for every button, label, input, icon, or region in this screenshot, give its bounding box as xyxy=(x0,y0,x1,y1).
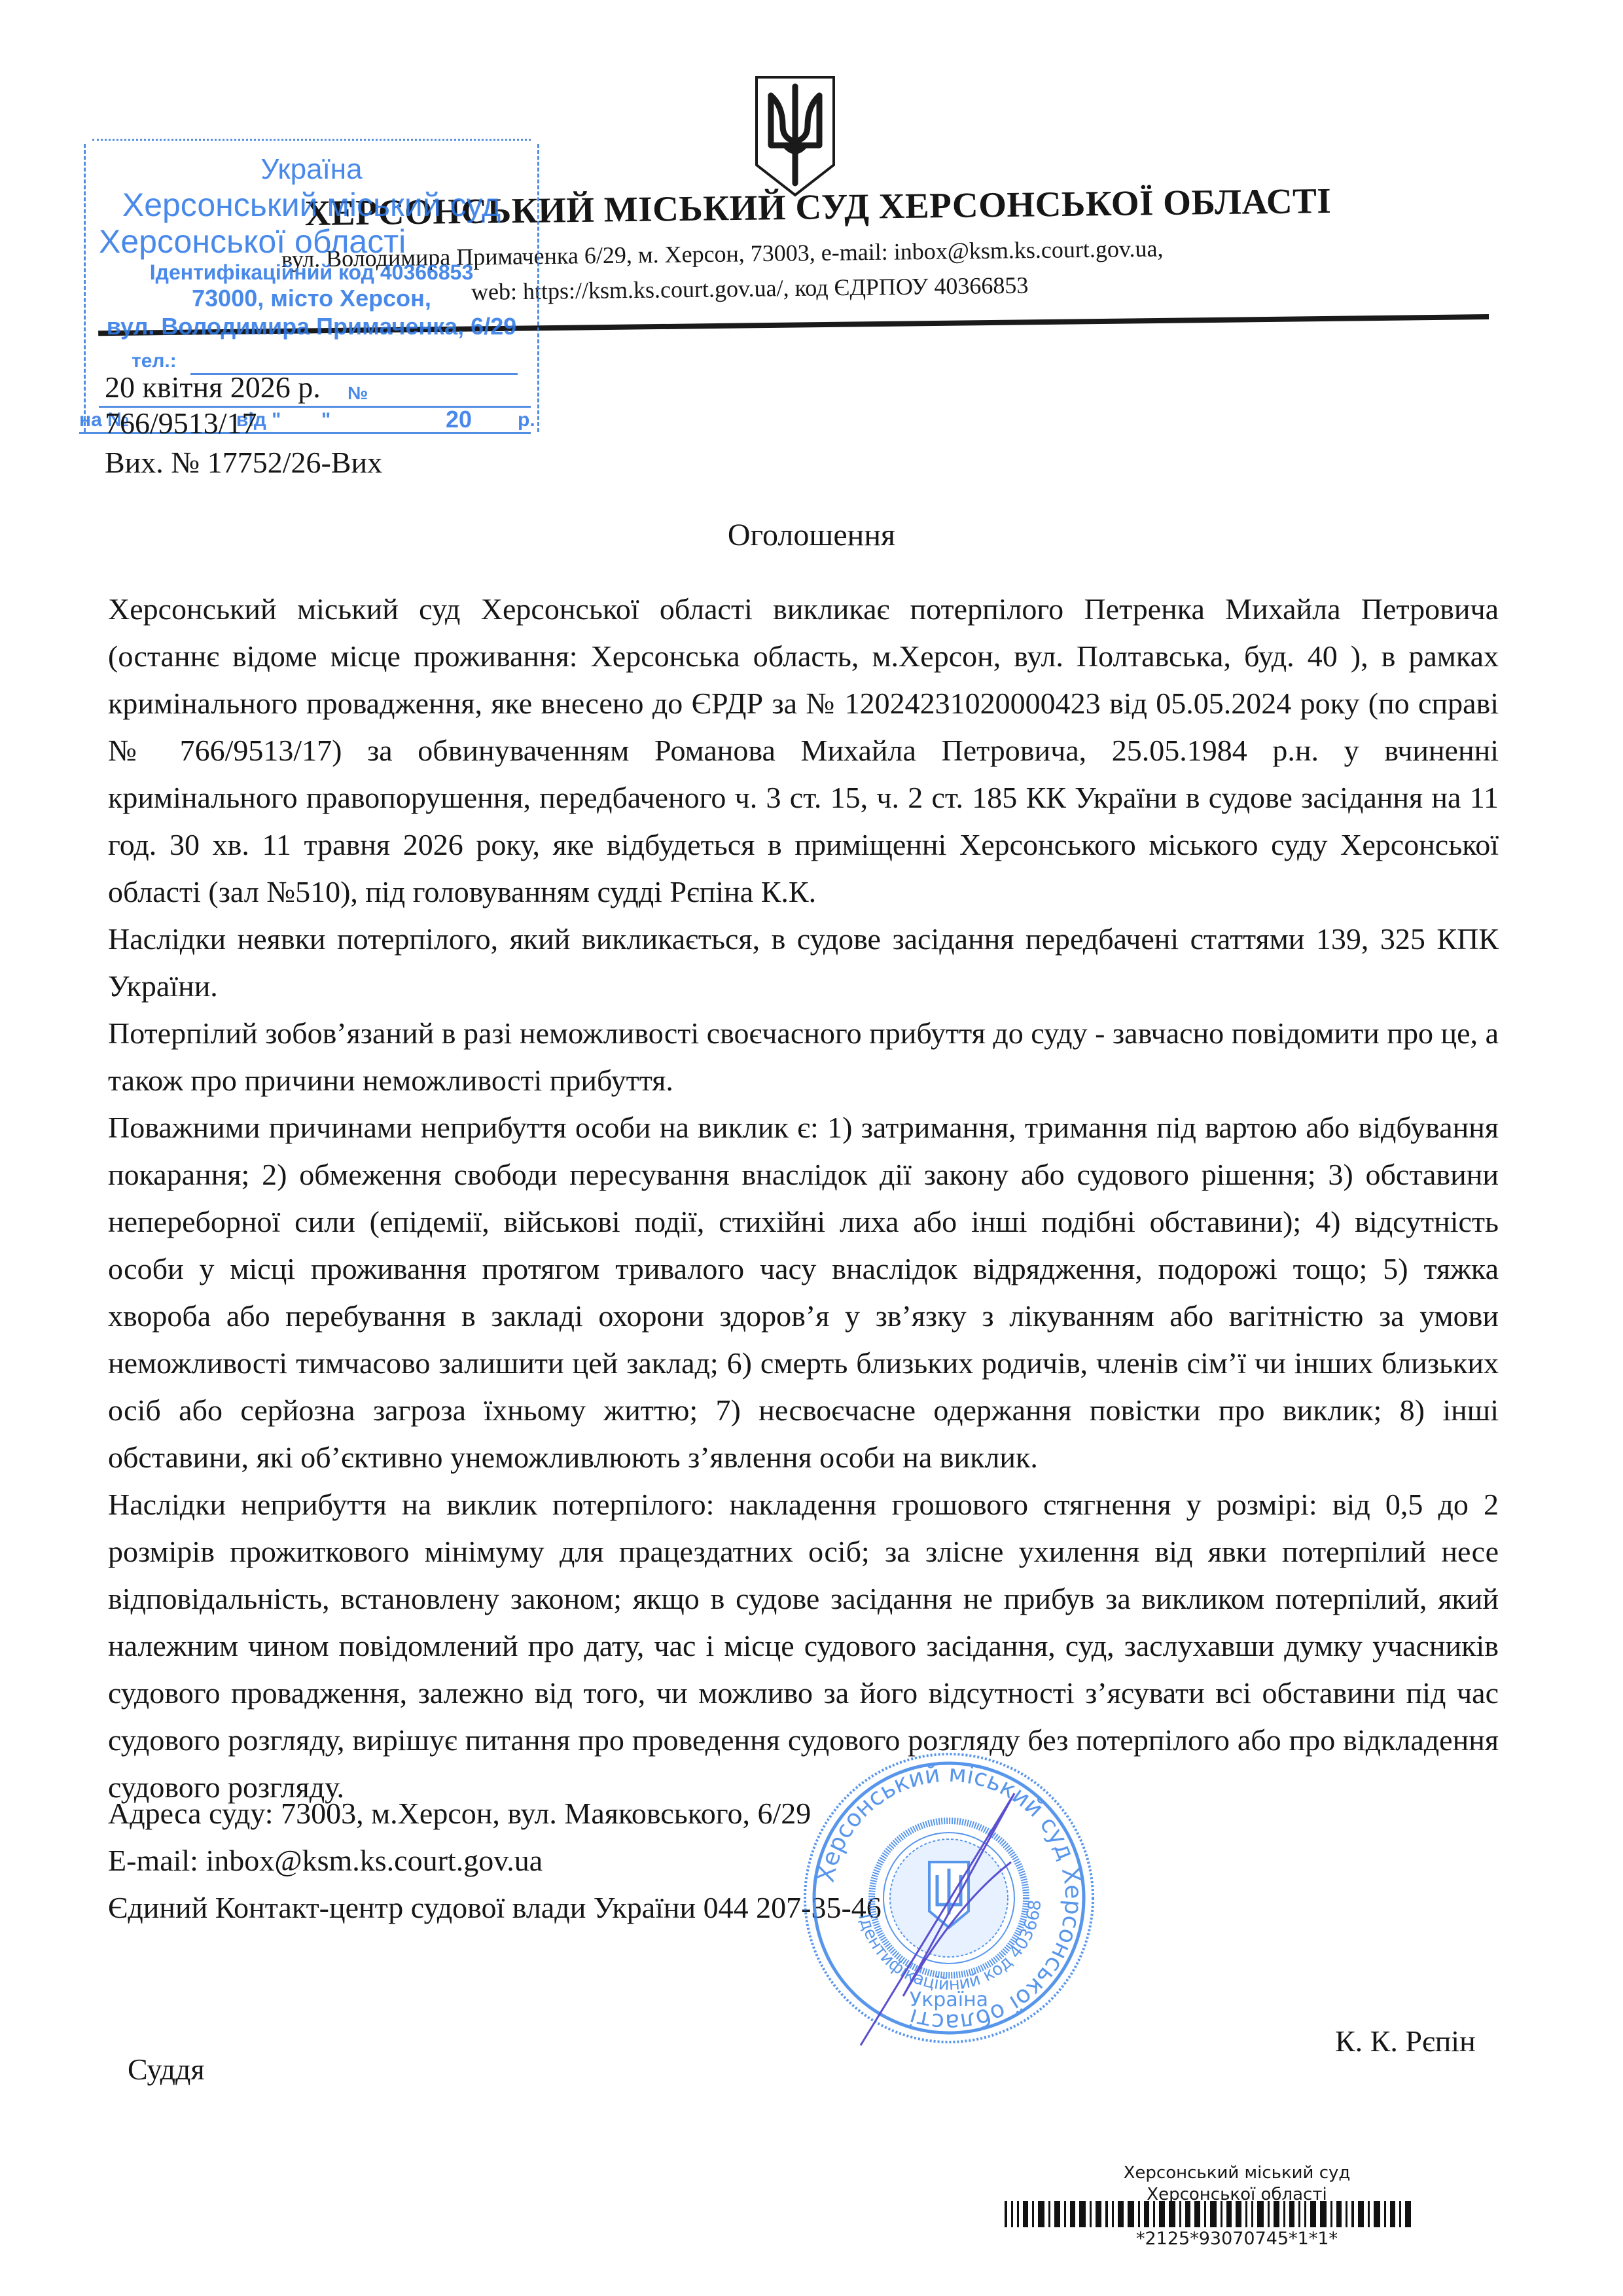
paragraph-valid-reasons: Поважними причинами неприбуття особи на … xyxy=(108,1104,1499,1481)
stamp-quote-label: " xyxy=(321,409,330,431)
seal-bottom-text: Україна xyxy=(910,1988,988,2011)
signature-role: Суддя xyxy=(128,2052,205,2087)
stamp-no-label: № xyxy=(348,383,368,404)
stamp-top-border xyxy=(92,139,531,143)
stamp-country: Україна xyxy=(86,153,537,186)
stamp-street: вул. Володимира Примаченка, 6/29 xyxy=(86,313,537,340)
stamp-tel-label: тел.: xyxy=(132,350,177,372)
stamp-city: 73000, місто Херсон, xyxy=(86,285,537,312)
court-contact-center: Єдиний Контакт-центр судової влади Украї… xyxy=(108,1884,882,1931)
court-contacts: Адреса суду: 73003, м.Херсон, вул. Маяко… xyxy=(108,1790,882,1931)
case-number: 766/9513/17 xyxy=(105,406,257,440)
stamp-id-code: Ідентифікаційний код 40366853 xyxy=(86,260,537,285)
stamp-year-suffix: р. xyxy=(518,409,535,431)
paragraph-consequences-of-absence: Наслідки неявки потерпілого, який виклик… xyxy=(108,916,1499,1010)
coat-of-arms-icon xyxy=(753,73,838,198)
paragraph-obligation-to-notify: Потерпілий зобов’язаний в разі неможливо… xyxy=(108,1010,1499,1104)
court-email[interactable]: E-mail: inbox@ksm.ks.court.gov.ua xyxy=(108,1837,882,1884)
barcode-caption-court: Херсонський міський суд xyxy=(1099,2163,1374,2183)
court-postal-address: Адреса суду: 73003, м.Херсон, вул. Маяко… xyxy=(108,1790,882,1837)
document-date: 20 квітня 2026 р. xyxy=(105,370,321,404)
document-title: Оголошення xyxy=(0,517,1623,553)
stamp-year-prefix: 20 xyxy=(446,406,472,433)
announcement-body: Херсонський міський суд Херсонської обла… xyxy=(108,586,1499,1811)
outgoing-number: Вих. № 17752/26-Вих xyxy=(105,445,382,480)
document-barcode xyxy=(1005,2201,1512,2227)
stamp-court: Херсонський міський суд xyxy=(86,186,537,224)
paragraph-summons: Херсонський міський суд Херсонської обла… xyxy=(108,586,1499,916)
court-web-line: web: https://ksm.ks.court.gov.ua/, код Є… xyxy=(471,272,1029,306)
stamp-region: Херсонської області xyxy=(99,223,406,260)
official-seal-icon: Херсонський міський суд Херсонської обла… xyxy=(798,1748,1099,2049)
signature-name: К. К. Рєпін xyxy=(1335,2024,1476,2058)
barcode-number: *2125*93070745*1*1* xyxy=(1099,2229,1374,2249)
